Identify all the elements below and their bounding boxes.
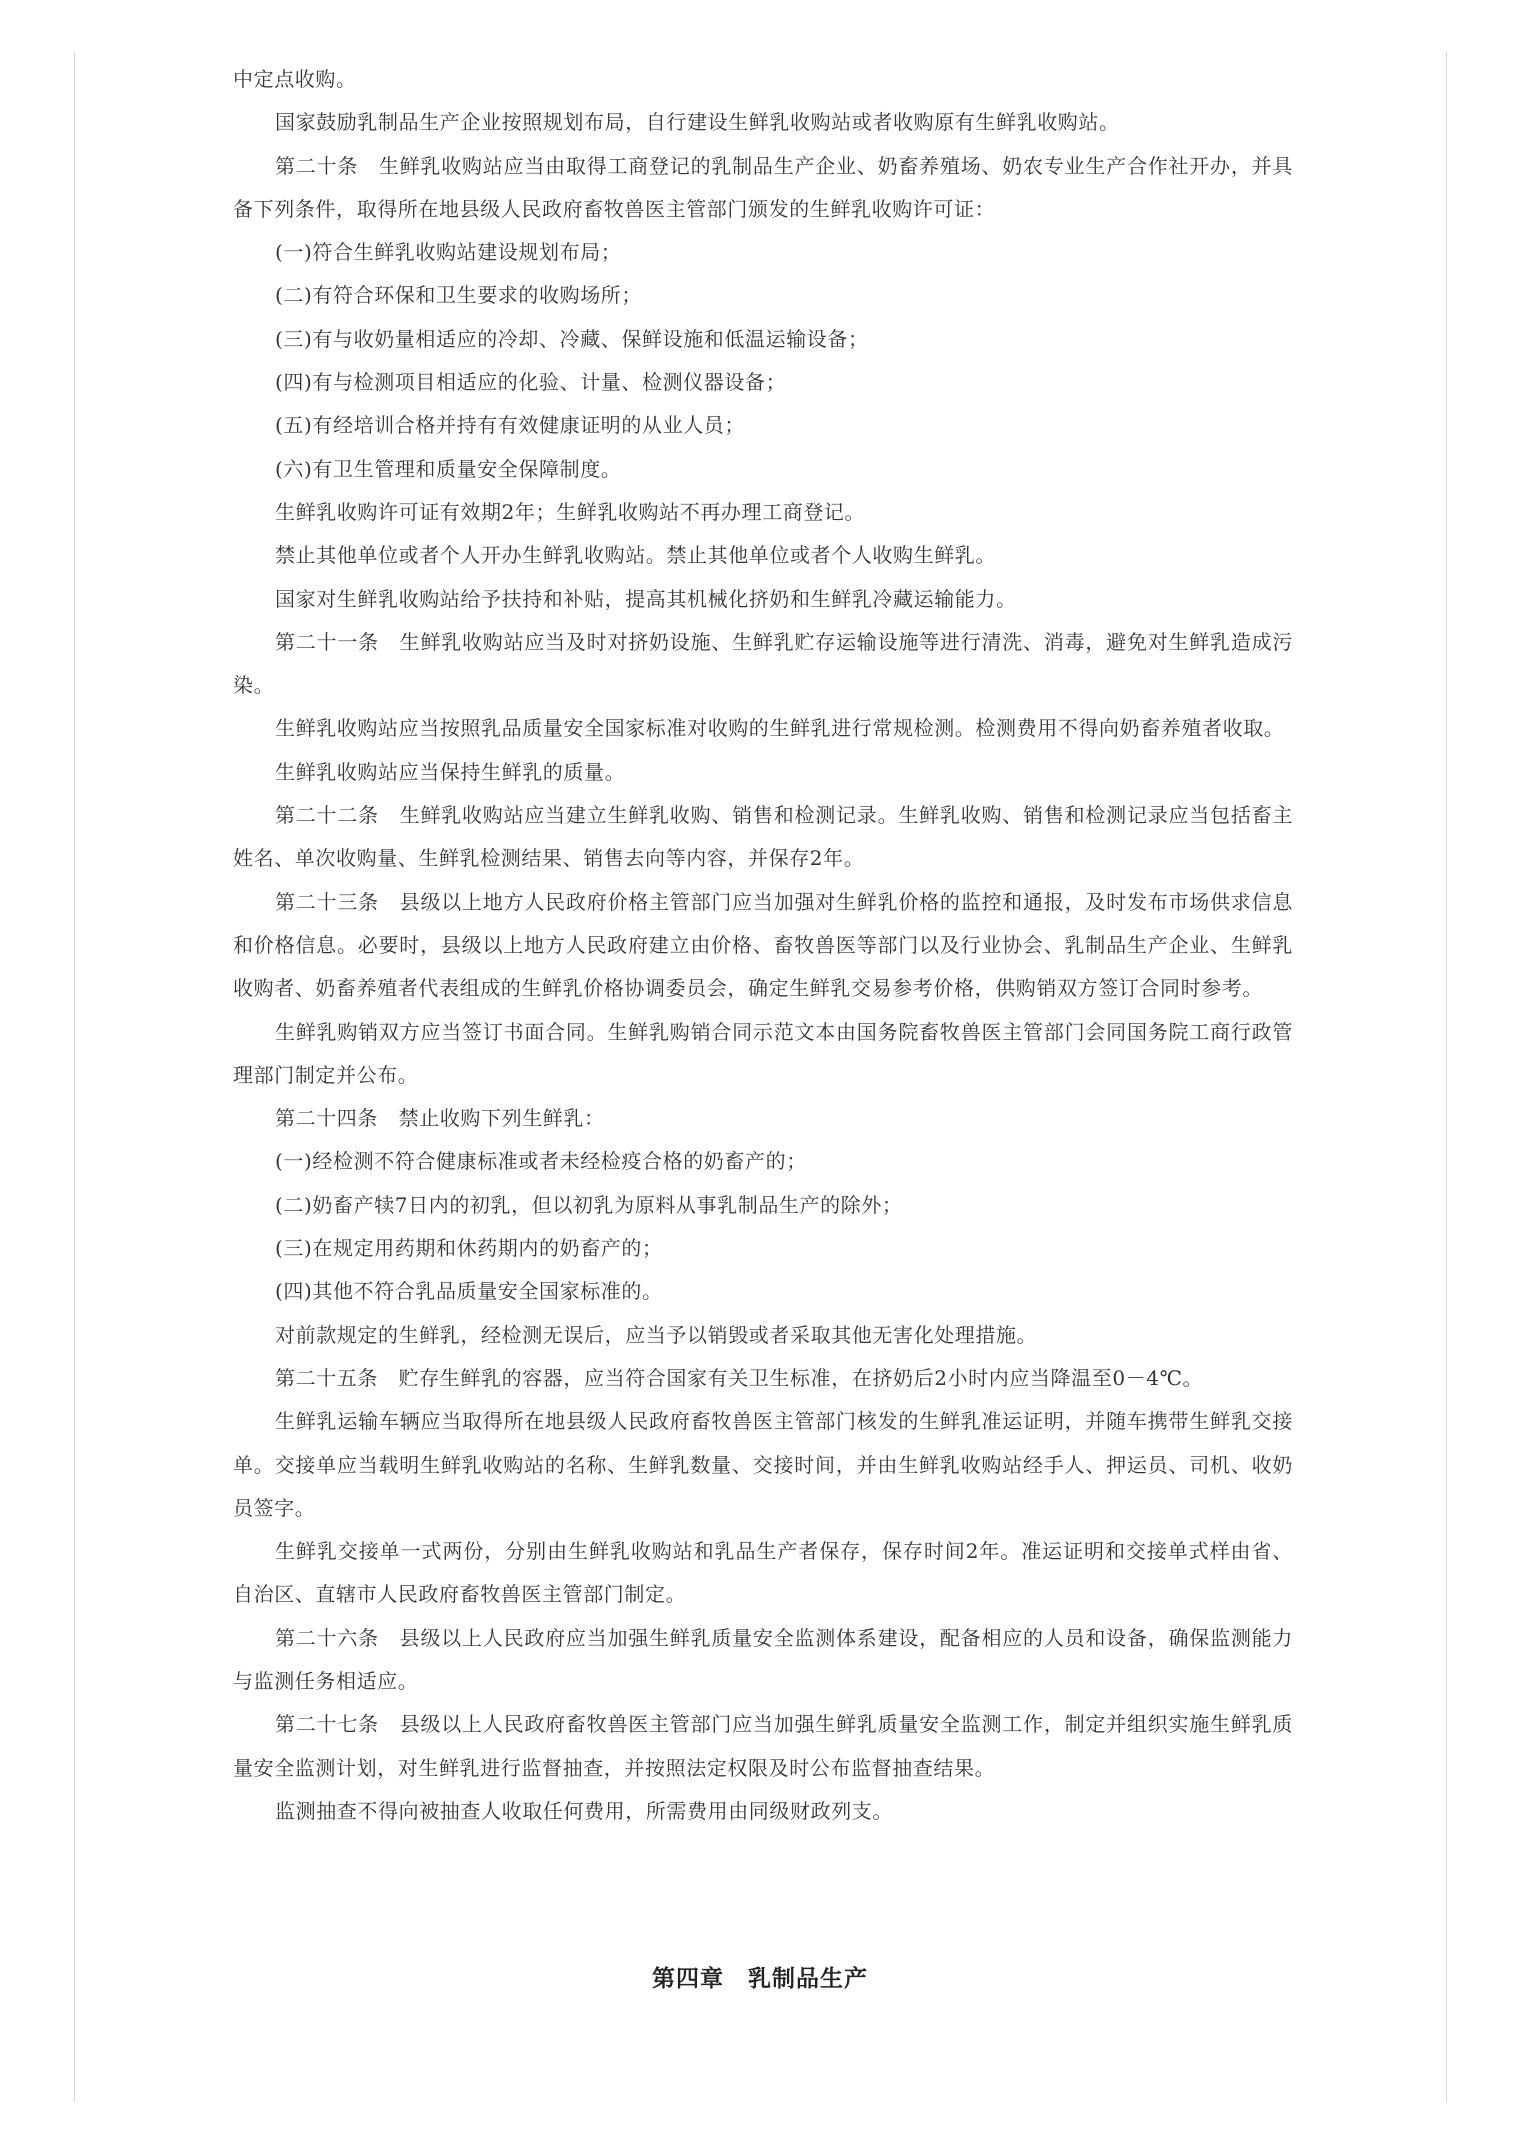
list-item: (四)其他不符合乳品质量安全国家标准的。 xyxy=(233,1270,1293,1313)
chapter-heading: 第四章 乳制品生产 xyxy=(0,1960,1520,1993)
paragraph: 国家对生鲜乳收购站给予扶持和补贴，提高其机械化挤奶和生鲜乳冷藏运输能力。 xyxy=(233,578,1293,621)
list-item: (二)有符合环保和卫生要求的收购场所； xyxy=(233,274,1293,317)
paragraph: 生鲜乳运输车辆应当取得所在地县级人民政府畜牧兽医主管部门核发的生鲜乳准运证明，并… xyxy=(233,1400,1293,1530)
article-21: 第二十一条 生鲜乳收购站应当及时对挤奶设施、生鲜乳贮存运输设施等进行清洗、消毒，… xyxy=(233,621,1293,708)
list-item: (一)经检测不符合健康标准或者未经检疫合格的奶畜产的； xyxy=(233,1140,1293,1183)
list-item: (一)符合生鲜乳收购站建设规划布局； xyxy=(233,231,1293,274)
article-26: 第二十六条 县级以上人民政府应当加强生鲜乳质量安全监测体系建设，配备相应的人员和… xyxy=(233,1617,1293,1704)
paragraph: 生鲜乳收购站应当保持生鲜乳的质量。 xyxy=(233,751,1293,794)
paragraph: 国家鼓励乳制品生产企业按照规划布局，自行建设生鲜乳收购站或者收购原有生鲜乳收购站… xyxy=(233,101,1293,144)
paragraph: 禁止其他单位或者个人开办生鲜乳收购站。禁止其他单位或者个人收购生鲜乳。 xyxy=(233,534,1293,577)
article-23: 第二十三条 县级以上地方人民政府价格主管部门应当加强对生鲜乳价格的监控和通报，及… xyxy=(233,881,1293,1011)
article-24: 第二十四条 禁止收购下列生鲜乳： xyxy=(233,1097,1293,1140)
paragraph: 生鲜乳收购许可证有效期2年；生鲜乳收购站不再办理工商登记。 xyxy=(233,491,1293,534)
article-20: 第二十条 生鲜乳收购站应当由取得工商登记的乳制品生产企业、奶畜养殖场、奶农专业生… xyxy=(233,145,1293,232)
list-item: (三)在规定用药期和休药期内的奶畜产的； xyxy=(233,1227,1293,1270)
article-22: 第二十二条 生鲜乳收购站应当建立生鲜乳收购、销售和检测记录。生鲜乳收购、销售和检… xyxy=(233,794,1293,881)
paragraph: 中定点收购。 xyxy=(233,58,1293,101)
list-item: (五)有经培训合格并持有有效健康证明的从业人员； xyxy=(233,404,1293,447)
paragraph: 生鲜乳收购站应当按照乳品质量安全国家标准对收购的生鲜乳进行常规检测。检测费用不得… xyxy=(233,707,1293,750)
article-25: 第二十五条 贮存生鲜乳的容器，应当符合国家有关卫生标准，在挤奶后2小时内应当降温… xyxy=(233,1357,1293,1400)
paragraph: 生鲜乳购销双方应当签订书面合同。生鲜乳购销合同示范文本由国务院畜牧兽医主管部门会… xyxy=(233,1011,1293,1098)
list-item: (二)奶畜产犊7日内的初乳，但以初乳为原料从事乳制品生产的除外； xyxy=(233,1184,1293,1227)
paragraph: 监测抽查不得向被抽查人收取任何费用，所需费用由同级财政列支。 xyxy=(233,1790,1293,1833)
document-body: 中定点收购。 国家鼓励乳制品生产企业按照规划布局，自行建设生鲜乳收购站或者收购原… xyxy=(233,58,1293,1833)
list-item: (六)有卫生管理和质量安全保障制度。 xyxy=(233,448,1293,491)
list-item: (四)有与检测项目相适应的化验、计量、检测仪器设备； xyxy=(233,361,1293,404)
paragraph: 对前款规定的生鲜乳，经检测无误后，应当予以销毁或者采取其他无害化处理措施。 xyxy=(233,1314,1293,1357)
list-item: (三)有与收奶量相适应的冷却、冷藏、保鲜设施和低温运输设备； xyxy=(233,318,1293,361)
article-27: 第二十七条 县级以上人民政府畜牧兽医主管部门应当加强生鲜乳质量安全监测工作，制定… xyxy=(233,1703,1293,1790)
paragraph: 生鲜乳交接单一式两份，分别由生鲜乳收购站和乳品生产者保存，保存时间2年。准运证明… xyxy=(233,1530,1293,1617)
